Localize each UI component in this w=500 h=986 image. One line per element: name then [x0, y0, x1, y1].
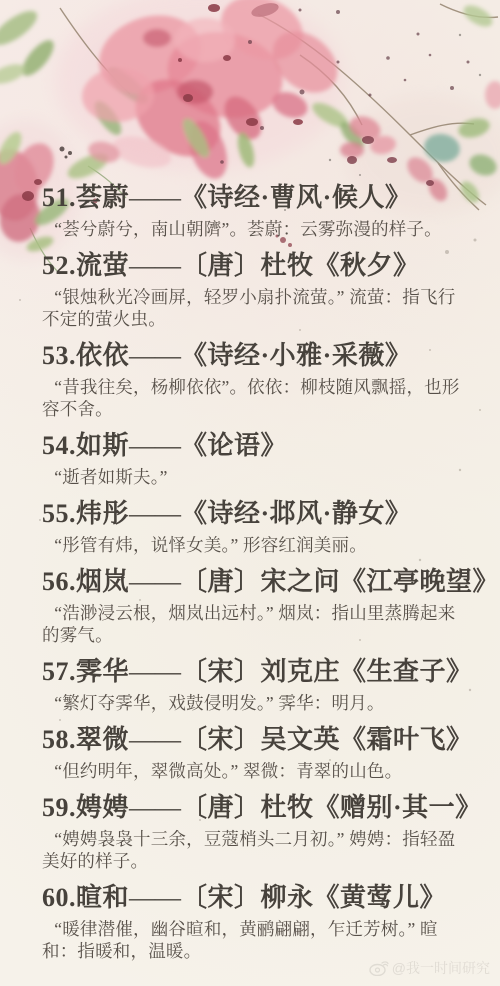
entry-note: “银烛秋光冷画屏，轻罗小扇扑流萤。” 流萤：指飞行不定的萤火虫。 [42, 286, 466, 330]
entry-dash: —— [129, 499, 181, 528]
entry-number: 59. [42, 793, 76, 822]
list-entry: 51.荟蔚——《诗经·曹风·候人》 “荟兮蔚兮，南山朝隮”。荟蔚：云雾弥漫的样子… [42, 182, 466, 240]
entry-dash: —— [129, 431, 181, 460]
entry-heading: 60.暄和——〔宋〕柳永《黄莺儿》 [42, 882, 466, 914]
entry-note: “荟兮蔚兮，南山朝隮”。荟蔚：云雾弥漫的样子。 [42, 218, 466, 240]
entry-dash: —— [129, 725, 181, 754]
entry-source: 〔宋〕吴文英《霜叶飞》 [181, 725, 473, 754]
weibo-logo-icon [369, 960, 389, 976]
list-entry: 53.依依——《诗经·小雅·采薇》 “昔我往矣，杨柳依依”。依依：柳枝随风飘摇，… [42, 340, 466, 420]
entry-dash: —— [129, 793, 181, 822]
list-entry: 55.炜彤——《诗经·邶风·静女》 “彤管有炜，说怿女美。” 形容红润美丽。 [42, 498, 466, 556]
entry-note: “昔我往矣，杨柳依依”。依依：柳枝随风飘摇，也形容不舍。 [42, 376, 466, 420]
entry-dash: —— [129, 657, 181, 686]
entry-name: 霁华 [76, 657, 129, 686]
entry-source: 《诗经·小雅·采薇》 [181, 341, 411, 370]
entry-heading: 59.娉娉——〔唐〕杜牧《赠别·其一》 [42, 792, 466, 824]
list-entry: 57.霁华——〔宋〕刘克庄《生查子》 “繁灯夺霁华，戏鼓侵明发。” 霁华：明月。 [42, 656, 466, 714]
entry-name: 荟蔚 [76, 183, 129, 212]
entry-note: “繁灯夺霁华，戏鼓侵明发。” 霁华：明月。 [42, 692, 466, 714]
entry-name: 如斯 [76, 431, 129, 460]
entry-dash: —— [129, 183, 181, 212]
entry-heading: 56.烟岚——〔唐〕宋之问《江亭晚望》 [42, 566, 466, 598]
entry-number: 51. [42, 183, 76, 212]
entry-name: 流萤 [76, 251, 129, 280]
entry-note: “暖律潜催，幽谷暄和，黄鹂翩翩，乍迁芳树。” 暄和：指暖和，温暖。 [42, 918, 466, 962]
entry-name: 炜彤 [76, 499, 129, 528]
entry-name: 依依 [76, 341, 129, 370]
entry-source: 〔唐〕宋之问《江亭晚望》 [181, 567, 499, 596]
entry-number: 54. [42, 431, 76, 460]
list-entry: 59.娉娉——〔唐〕杜牧《赠别·其一》 “娉娉袅袅十三余，豆蔻梢头二月初。” 娉… [42, 792, 466, 872]
entry-heading: 57.霁华——〔宋〕刘克庄《生查子》 [42, 656, 466, 688]
list-entry: 54.如斯——《论语》 “逝者如斯夫。” [42, 430, 466, 488]
entry-number: 52. [42, 251, 76, 280]
entry-note: “浩渺浸云根，烟岚出远村。” 烟岚：指山里蒸腾起来的雾气。 [42, 602, 466, 646]
watermark: @我一时间研究 [369, 958, 490, 978]
entry-number: 57. [42, 657, 76, 686]
entry-source: 〔宋〕柳永《黄莺儿》 [181, 883, 446, 912]
entry-source: 《论语》 [181, 431, 287, 460]
entry-name: 翠微 [76, 725, 129, 754]
entry-source: 〔宋〕刘克庄《生查子》 [181, 657, 473, 686]
entry-number: 56. [42, 567, 76, 596]
entry-number: 60. [42, 883, 76, 912]
entry-source: 《诗经·邶风·静女》 [181, 499, 411, 528]
entry-note: “彤管有炜，说怿女美。” 形容红润美丽。 [42, 534, 466, 556]
entry-number: 58. [42, 725, 76, 754]
entry-number: 53. [42, 341, 76, 370]
entry-heading: 58.翠微——〔宋〕吴文英《霜叶飞》 [42, 724, 466, 756]
list-entry: 58.翠微——〔宋〕吴文英《霜叶飞》 “但约明年，翠微高处。” 翠微：青翠的山色… [42, 724, 466, 782]
entry-source: 《诗经·曹风·候人》 [181, 183, 411, 212]
entry-source: 〔唐〕杜牧《赠别·其一》 [181, 793, 482, 822]
entry-note: “但约明年，翠微高处。” 翠微：青翠的山色。 [42, 760, 466, 782]
entry-source: 〔唐〕杜牧《秋夕》 [181, 251, 420, 280]
entry-name: 烟岚 [76, 567, 129, 596]
name-list: 51.荟蔚——《诗经·曹风·候人》 “荟兮蔚兮，南山朝隮”。荟蔚：云雾弥漫的样子… [0, 172, 500, 962]
entry-note: “娉娉袅袅十三余，豆蔻梢头二月初。” 娉娉：指轻盈美好的样子。 [42, 828, 466, 872]
entry-dash: —— [129, 567, 181, 596]
entry-heading: 53.依依——《诗经·小雅·采薇》 [42, 340, 466, 372]
entry-heading: 54.如斯——《论语》 [42, 430, 466, 462]
entry-heading: 52.流萤——〔唐〕杜牧《秋夕》 [42, 250, 466, 282]
entry-heading: 51.荟蔚——《诗经·曹风·候人》 [42, 182, 466, 214]
entry-heading: 55.炜彤——《诗经·邶风·静女》 [42, 498, 466, 530]
entry-name: 娉娉 [76, 793, 129, 822]
entry-dash: —— [129, 251, 181, 280]
entry-name: 暄和 [76, 883, 129, 912]
entry-note: “逝者如斯夫。” [42, 466, 466, 488]
entry-number: 55. [42, 499, 76, 528]
list-entry: 56.烟岚——〔唐〕宋之问《江亭晚望》 “浩渺浸云根，烟岚出远村。” 烟岚：指山… [42, 566, 466, 646]
entry-dash: —— [129, 341, 181, 370]
watermark-handle: @我一时间研究 [392, 958, 490, 978]
entry-dash: —— [129, 883, 181, 912]
list-entry: 52.流萤——〔唐〕杜牧《秋夕》 “银烛秋光冷画屏，轻罗小扇扑流萤。” 流萤：指… [42, 250, 466, 330]
list-entry: 60.暄和——〔宋〕柳永《黄莺儿》 “暖律潜催，幽谷暄和，黄鹂翩翩，乍迁芳树。”… [42, 882, 466, 962]
